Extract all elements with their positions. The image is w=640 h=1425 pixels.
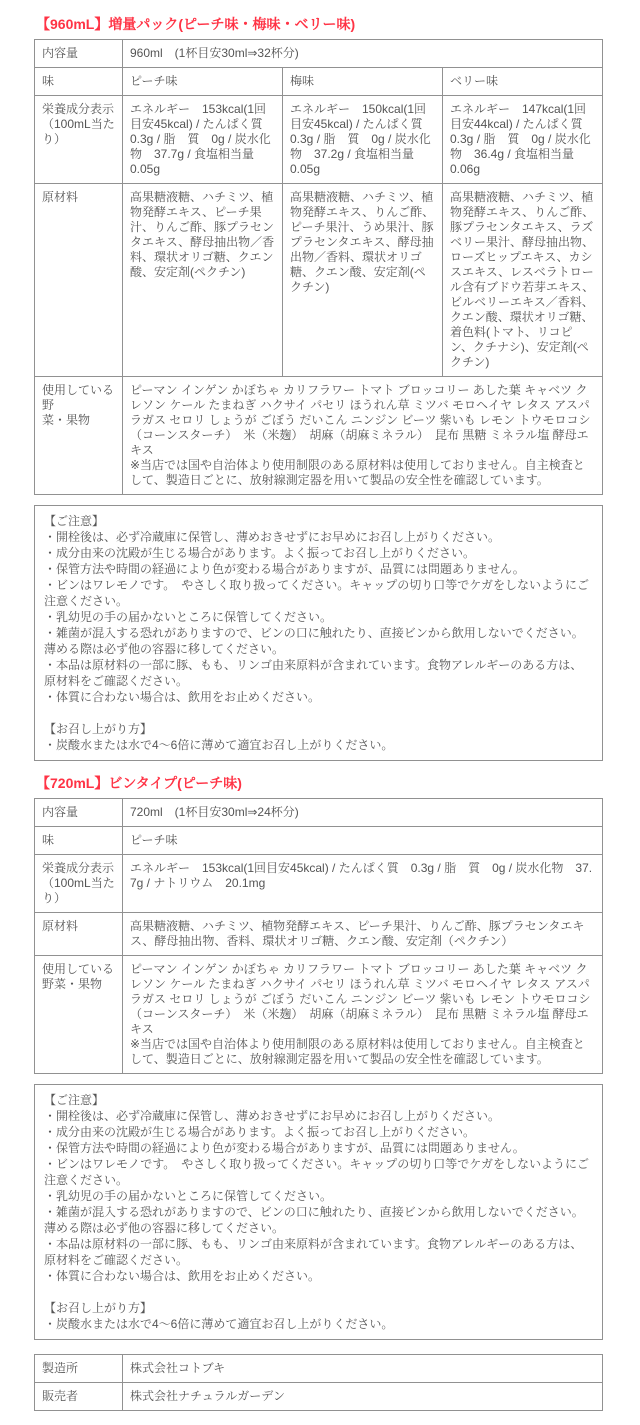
seller-value: 株式会社ナチュラルガーデン [123, 1383, 603, 1411]
spec-table-720ml: 内容量 720ml (1杯目安30ml⇒24杯分) 味 ピーチ味 栄養成分表示 … [34, 798, 603, 1074]
caution-item: ・ビンはワレモノです。 やさしく取り扱ってください。キャップの切り口等でケガをし… [44, 577, 593, 609]
caution-title: 【ご注意】 [44, 1092, 593, 1108]
vegetables-cell: ピーマン インゲン かぼちゃ カリフラワー トマト ブロッコリー あした葉 キャ… [123, 956, 603, 1074]
table-row-flavor: 味 ピーチ味 [35, 827, 603, 855]
caution-item: ・ビンはワレモノです。 やさしく取り扱ってください。キャップの切り口等でケガをし… [44, 1156, 593, 1188]
row-label-nutrition: 栄養成分表示 （100mL当たり） [35, 96, 123, 184]
serving-title: 【お召し上がり方】 [44, 721, 593, 737]
nutrition-peach: エネルギー 153kcal(1回目安45kcal) / たんぱく質 0.3g /… [123, 96, 283, 184]
nutrition-berry: エネルギー 147kcal(1回目安44kcal) / たんぱく質 0.3g /… [443, 96, 603, 184]
factory-value: 株式会社コトブキ [123, 1355, 603, 1383]
row-label-volume: 内容量 [35, 799, 123, 827]
section-heading-960ml: 【960mL】増量パック(ピーチ味・梅味・ベリー味) [36, 16, 603, 33]
row-label-flavor: 味 [35, 827, 123, 855]
caution-item: ・乳幼児の手の届かないところに保管してください。 [44, 1188, 593, 1204]
vegetables-cell: ピーマン インゲン かぼちゃ カリフラワー トマト ブロッコリー あした葉 キャ… [123, 377, 603, 495]
table-row-volume: 内容量 960ml (1杯目安30ml⇒32杯分) [35, 40, 603, 68]
serving-item: ・炭酸水または水で4～6倍に薄めて適宜お召し上がりください。 [44, 737, 593, 753]
section-heading-720ml: 【720mL】ビンタイプ(ピーチ味) [36, 775, 603, 792]
nutrition-value: エネルギー 153kcal(1回目安45kcal) / たんぱく質 0.3g /… [123, 855, 603, 913]
table-row-ingredients: 原材料 高果糖液糖、ハチミツ、植物発酵エキス、ピーチ果汁、りんご酢、豚プラセンタ… [35, 913, 603, 956]
ingredients-value: 高果糖液糖、ハチミツ、植物発酵エキス、ピーチ果汁、りんご酢、豚プラセンタエキス、… [123, 913, 603, 956]
table-row-nutrition: 栄養成分表示 （100mL当たり） エネルギー 153kcal(1回目安45kc… [35, 855, 603, 913]
vegetables-list: ピーマン インゲン かぼちゃ カリフラワー トマト ブロッコリー あした葉 キャ… [130, 962, 590, 1036]
ingredients-peach: 高果糖液糖、ハチミツ、植物発酵エキス、ピーチ果汁、りんご酢、豚プラセンタエキス、… [123, 184, 283, 377]
caution-item: ・成分由来の沈殿が生じる場合があります。よく振ってお召し上がりください。 [44, 1124, 593, 1140]
row-label-flavor: 味 [35, 68, 123, 96]
table-row-vegetables: 使用している野 菜・果物 ピーマン インゲン かぼちゃ カリフラワー トマト ブ… [35, 377, 603, 495]
product-spec-page: 【960mL】増量パック(ピーチ味・梅味・ベリー味) 内容量 960ml (1杯… [0, 0, 640, 1425]
caution-item: ・本品は原材料の一部に豚、もも、リンゴ由来原料が含まれています。食物アレルギーの… [44, 1236, 593, 1268]
caution-item: ・雑菌が混入する恐れがありますので、ビンの口に触れたり、直接ビンから飲用しないで… [44, 625, 593, 657]
nutrition-plum: エネルギー 150kcal(1回目安45kcal) / たんぱく質 0.3g /… [283, 96, 443, 184]
notice-box-960ml: 【ご注意】 ・開栓後は、必ず冷蔵庫に保管し、薄めおきせずにお早めにお召し上がりく… [34, 505, 603, 761]
caution-item: ・雑菌が混入する恐れがありますので、ビンの口に触れたり、直接ビンから飲用しないで… [44, 1204, 593, 1236]
notice-box-720ml: 【ご注意】 ・開栓後は、必ず冷蔵庫に保管し、薄めおきせずにお早めにお召し上がりく… [34, 1084, 603, 1340]
row-label-ingredients: 原材料 [35, 184, 123, 377]
caution-item: ・乳幼児の手の届かないところに保管してください。 [44, 609, 593, 625]
flavor-peach: ピーチ味 [123, 68, 283, 96]
table-row-ingredients: 原材料 高果糖液糖、ハチミツ、植物発酵エキス、ピーチ果汁、りんご酢、豚プラセンタ… [35, 184, 603, 377]
caution-title: 【ご注意】 [44, 513, 593, 529]
row-label-factory: 製造所 [35, 1355, 123, 1383]
caution-item: ・保管方法や時間の経過により色が変わる場合がありますが、品質には問題ありません。 [44, 1140, 593, 1156]
row-label-nutrition: 栄養成分表示 （100mL当たり） [35, 855, 123, 913]
row-label-vegetables: 使用している 野菜・果物 [35, 956, 123, 1074]
volume-value: 960ml (1杯目安30ml⇒32杯分) [123, 40, 603, 68]
caution-item: ・開栓後は、必ず冷蔵庫に保管し、薄めおきせずにお早めにお召し上がりください。 [44, 1108, 593, 1124]
serving-item: ・炭酸水または水で4～6倍に薄めて適宜お召し上がりください。 [44, 1316, 593, 1332]
vegetables-inspection-note: ※当店では国や自治体より使用制限のある原材料は使用しておりません。自主検査として… [130, 458, 595, 488]
table-row-factory: 製造所 株式会社コトブキ [35, 1355, 603, 1383]
table-row-flavor: 味 ピーチ味 梅味 ベリー味 [35, 68, 603, 96]
caution-item: ・体質に合わない場合は、飲用をお止めください。 [44, 1268, 593, 1284]
serving-title: 【お召し上がり方】 [44, 1300, 593, 1316]
row-label-volume: 内容量 [35, 40, 123, 68]
flavor-berry: ベリー味 [443, 68, 603, 96]
vegetables-list: ピーマン インゲン かぼちゃ カリフラワー トマト ブロッコリー あした葉 キャ… [130, 383, 590, 457]
caution-item: ・体質に合わない場合は、飲用をお止めください。 [44, 689, 593, 705]
table-row-vegetables: 使用している 野菜・果物 ピーマン インゲン かぼちゃ カリフラワー トマト ブ… [35, 956, 603, 1074]
caution-item: ・本品は原材料の一部に豚、もも、リンゴ由来原料が含まれています。食物アレルギーの… [44, 657, 593, 689]
maker-table: 製造所 株式会社コトブキ 販売者 株式会社ナチュラルガーデン [34, 1354, 603, 1411]
table-row-volume: 内容量 720ml (1杯目安30ml⇒24杯分) [35, 799, 603, 827]
caution-item: ・開栓後は、必ず冷蔵庫に保管し、薄めおきせずにお早めにお召し上がりください。 [44, 529, 593, 545]
ingredients-plum: 高果糖液糖、ハチミツ、植物発酵エキス、りんご酢、ピーチ果汁、うめ果汁、豚プラセン… [283, 184, 443, 377]
table-row-seller: 販売者 株式会社ナチュラルガーデン [35, 1383, 603, 1411]
table-row-nutrition: 栄養成分表示 （100mL当たり） エネルギー 153kcal(1回目安45kc… [35, 96, 603, 184]
row-label-vegetables: 使用している野 菜・果物 [35, 377, 123, 495]
ingredients-berry: 高果糖液糖、ハチミツ、植物発酵エキス、りんご酢、豚プラセンタエキス、ラズベリー果… [443, 184, 603, 377]
row-label-ingredients: 原材料 [35, 913, 123, 956]
caution-item: ・保管方法や時間の経過により色が変わる場合がありますが、品質には問題ありません。 [44, 561, 593, 577]
vegetables-inspection-note: ※当店では国や自治体より使用制限のある原材料は使用しておりません。自主検査として… [130, 1037, 595, 1067]
spec-table-960ml: 内容量 960ml (1杯目安30ml⇒32杯分) 味 ピーチ味 梅味 ベリー味… [34, 39, 603, 495]
row-label-seller: 販売者 [35, 1383, 123, 1411]
volume-value: 720ml (1杯目安30ml⇒24杯分) [123, 799, 603, 827]
caution-item: ・成分由来の沈殿が生じる場合があります。よく振ってお召し上がりください。 [44, 545, 593, 561]
flavor-value: ピーチ味 [123, 827, 603, 855]
flavor-plum: 梅味 [283, 68, 443, 96]
